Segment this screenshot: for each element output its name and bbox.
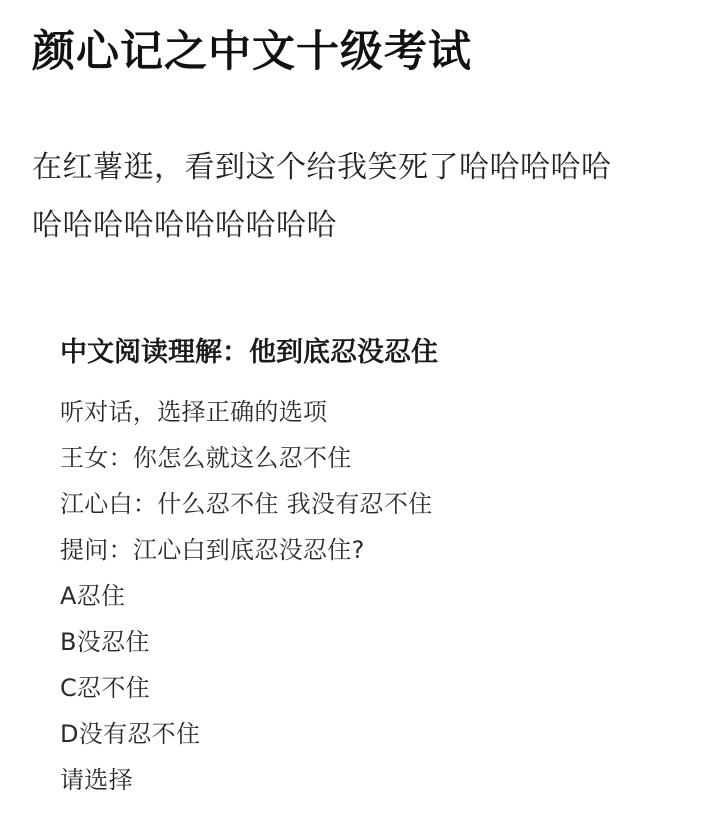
quiz-option-a: A忍住 bbox=[60, 576, 125, 611]
quiz-option-d: D没有忍不住 bbox=[60, 714, 200, 749]
quiz-question: 提问：江心白到底忍没忍住? bbox=[60, 530, 365, 565]
quiz-title: 中文阅读理解：他到底忍没忍住 bbox=[60, 330, 438, 369]
quiz-option-c: C忍不住 bbox=[60, 668, 150, 703]
quiz-prompt: 请选择 bbox=[60, 760, 133, 795]
quiz-dialogue-line: 江心白：什么忍不住 我没有忍不住 bbox=[60, 484, 432, 519]
quiz-option-b: B没忍住 bbox=[60, 622, 150, 657]
post-body-line-1: 在红薯逛，看到这个给我笑死了哈哈哈哈哈 bbox=[32, 142, 612, 186]
post-title: 颜心记之中文十级考试 bbox=[32, 18, 472, 79]
post-body-line-2: 哈哈哈哈哈哈哈哈哈哈 bbox=[32, 200, 337, 244]
quiz-dialogue-line: 王女：你怎么就这么忍不住 bbox=[60, 438, 352, 473]
quiz-instruction: 听对话，选择正确的选项 bbox=[60, 392, 327, 427]
